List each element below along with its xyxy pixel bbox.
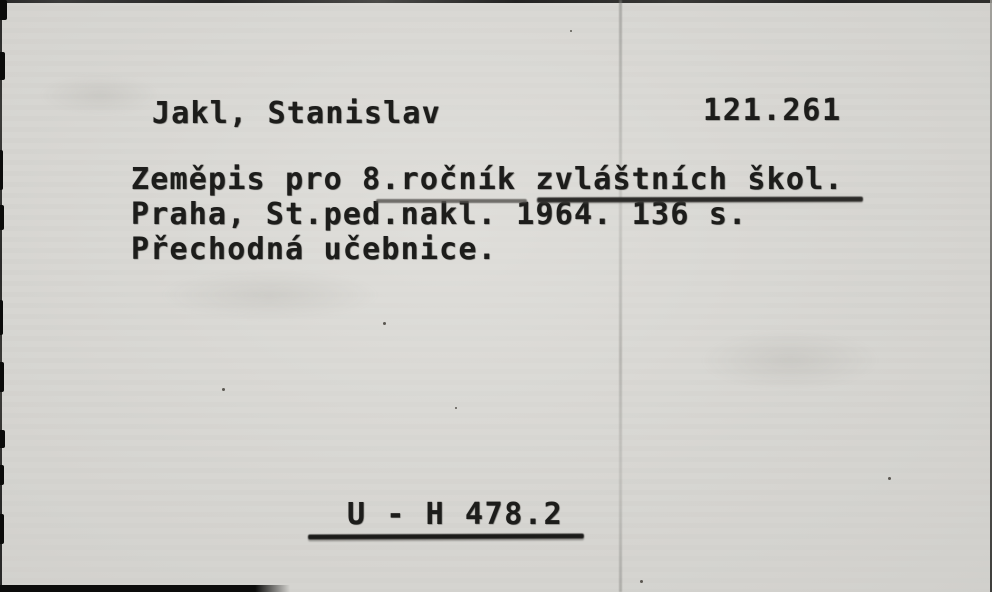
edge-ink-blob: [0, 150, 3, 190]
scan-edge-top: [0, 0, 992, 3]
shelf-number: 121.261: [703, 92, 842, 130]
title-underline-segment-2: [537, 197, 863, 203]
author-heading: Jakl, Stanislav: [152, 95, 441, 133]
edge-ink-blob: [0, 205, 4, 230]
note-line: Přechodná učebnice.: [131, 231, 497, 269]
scan-edge-bottom: [0, 585, 290, 592]
scan-fold-line: [619, 0, 622, 592]
edge-ink-blob: [0, 430, 5, 448]
call-number: U - H 478.2: [347, 496, 563, 534]
title-line: Zeměpis pro 8.ročník zvláštních škol.: [131, 161, 844, 199]
dust-speck: [888, 477, 891, 480]
edge-ink-blob: [0, 0, 7, 20]
edge-ink-blob: [0, 465, 4, 485]
edge-ink-blob: [0, 300, 3, 335]
dust-speck: [222, 388, 225, 391]
edge-ink-blob: [0, 362, 4, 392]
call-number-underline: [308, 534, 584, 540]
dust-speck: [383, 322, 386, 325]
edge-ink-blob: [0, 52, 5, 80]
catalog-card-scan: Jakl, Stanislav 121.261 Zeměpis pro 8.ro…: [0, 0, 992, 592]
paper-smudge: [160, 270, 380, 320]
dust-speck: [640, 580, 643, 583]
paper-smudge: [40, 75, 160, 115]
edge-ink-blob: [0, 514, 4, 544]
paper-smudge: [700, 330, 880, 390]
dust-speck: [570, 30, 572, 32]
title-underline-segment-1: [376, 199, 527, 203]
scan-edge-left: [0, 0, 2, 592]
dust-speck: [455, 407, 457, 409]
